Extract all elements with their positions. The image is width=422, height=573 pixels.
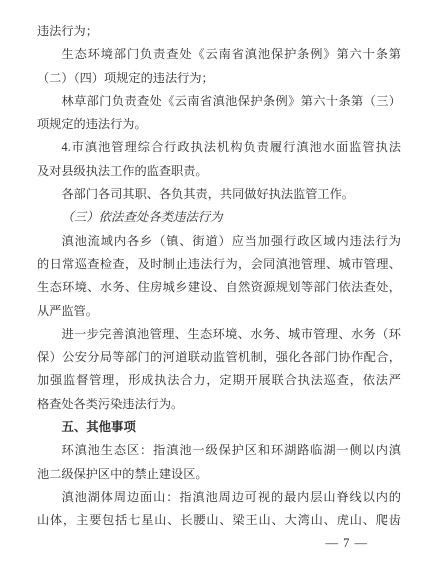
text-line: 加强监督管理，形成执法合力，定期开展联合执法巡查，依法严	[37, 369, 401, 392]
document-page: 违法行为； 生态环境部门负责查处《云南省滇池保护条例》第六十条第 （二）（四）项…	[0, 0, 422, 573]
text-line: 滇池湖体周边面山：指滇池周边可视的最内层山脊线以内的	[37, 486, 401, 509]
text-line: 生态环境、水务、住房城乡建设、自然资源规划等部门依法查处，	[37, 276, 401, 299]
subsection-heading-enforce-violations: （三）依法查处各类违法行为	[37, 206, 401, 229]
document-body: 违法行为； 生态环境部门负责查处《云南省滇池保护条例》第六十条第 （二）（四）项…	[37, 20, 401, 533]
text-line: 池二级保护区中的禁止建设区。	[37, 463, 401, 486]
section-heading-other-matters: 五、其他事项	[37, 416, 401, 439]
text-line: 违法行为；	[37, 20, 401, 43]
text-line: 4.市滇池管理综合行政执法机构负责履行滇池水面监管执法	[37, 136, 401, 159]
text-line: 滇池流域内各乡（镇、街道）应当加强行政区域内违法行为	[37, 230, 401, 253]
text-line: 进一步完善滇池管理、生态环境、水务、城市管理、水务（环	[37, 323, 401, 346]
page-number: — 7 —	[326, 533, 369, 553]
text-line: 各部门各司其职、各负其责，共同做好执法监管工作。	[37, 183, 401, 206]
text-line: 格查处各类污染违法行为。	[37, 393, 401, 416]
text-line: 保）公安分局等部门的河道联动监管机制，强化各部门协作配合，	[37, 346, 401, 369]
text-line: 从严监管。	[37, 300, 401, 323]
text-line: 的日常巡查检查，及时制止违法行为，会同滇池管理、城市管理、	[37, 253, 401, 276]
text-line: 生态环境部门负责查处《云南省滇池保护条例》第六十条第	[37, 43, 401, 66]
text-line: 及对县级执法工作的监查职责。	[37, 160, 401, 183]
text-line: 林草部门负责查处《云南省滇池保护条例》第六十条第（三）	[37, 90, 401, 113]
text-line: 环滇池生态区：指滇池一级保护区和环湖路临湖一侧以内滇	[37, 439, 401, 462]
text-line: （二）（四）项规定的违法行为；	[37, 67, 401, 90]
text-line: 山体，主要包括七星山、长腰山、梁王山、大湾山、虎山、爬齿	[37, 509, 401, 532]
text-line: 项规定的违法行为。	[37, 113, 401, 136]
